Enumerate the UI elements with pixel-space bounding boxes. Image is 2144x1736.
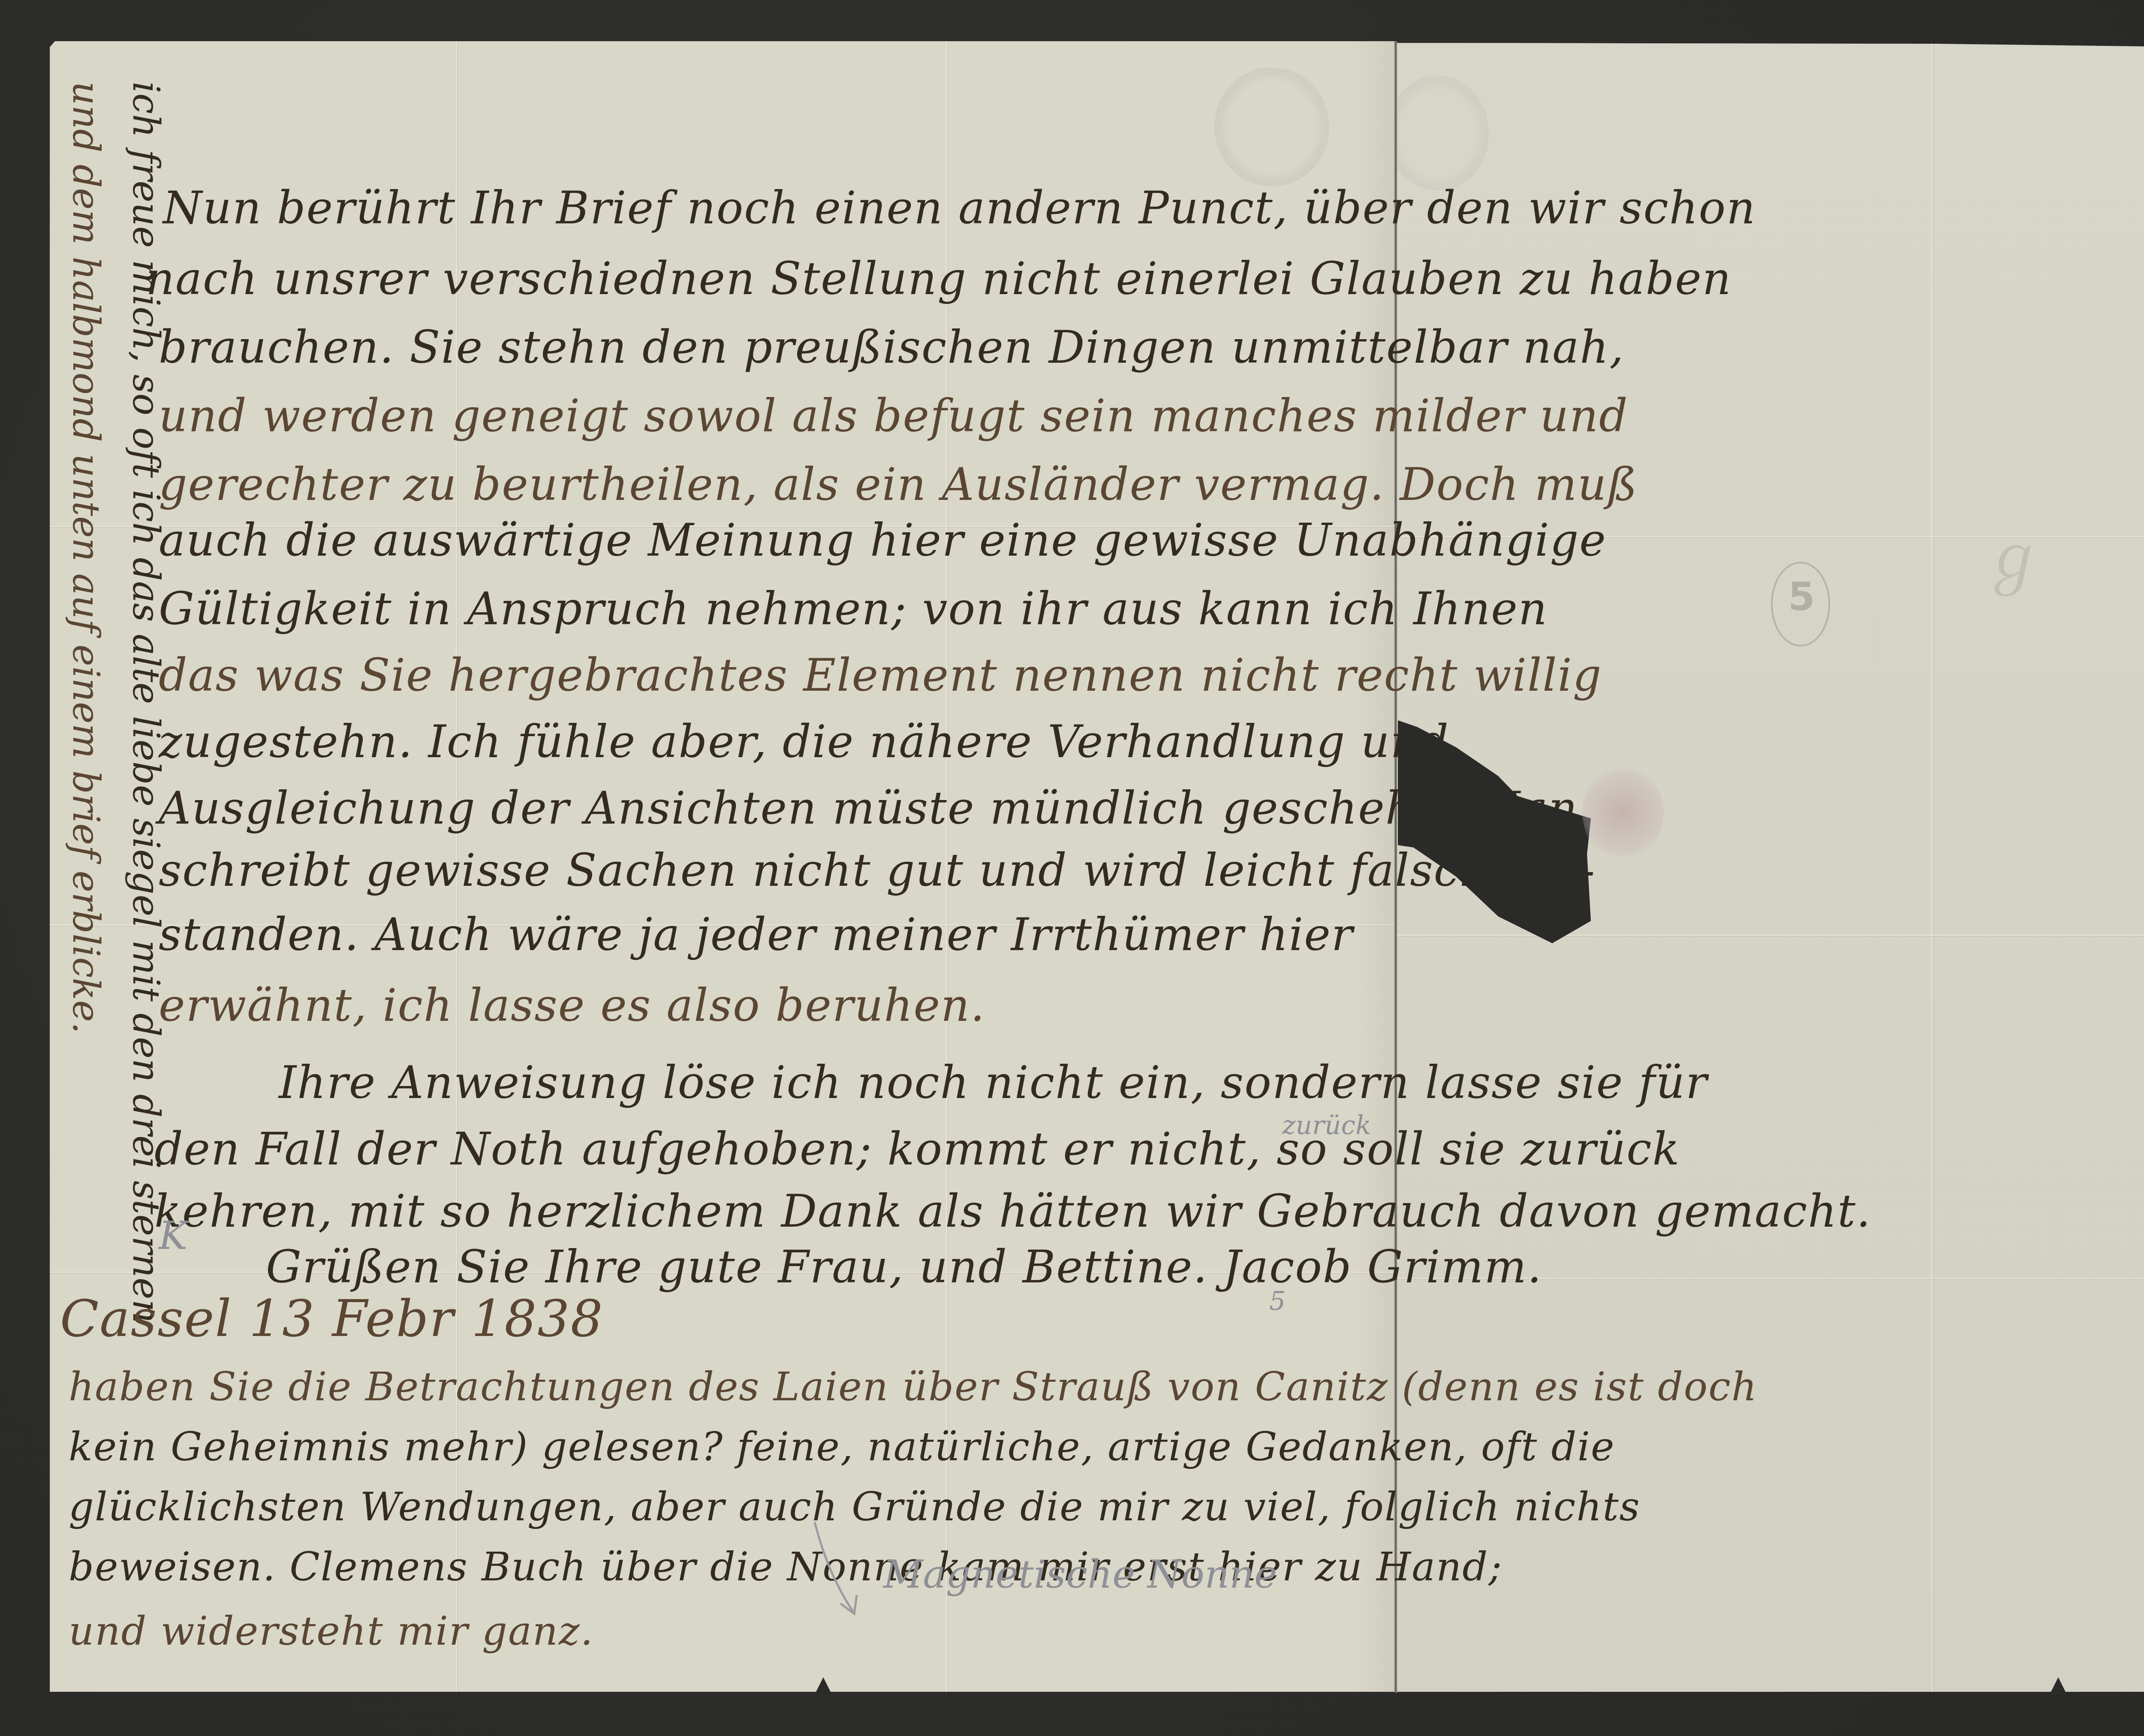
letter-line: das was Sie hergebrachtes Element nennen… [159, 647, 1602, 703]
pencil-arrow-icon [806, 1518, 909, 1629]
letter-line: Gültigkeit in Anspruch nehmen; von ihr a… [159, 581, 1548, 637]
postscript-line: kein Geheimnis mehr) gelesen? feine, nat… [69, 1419, 1615, 1475]
letter-line: gerechter zu beurtheilen, als ein Auslän… [159, 457, 1638, 512]
fold-line-vertical [1931, 43, 1933, 1692]
letter-line: den Fall der Noth aufgehoben; kommt er n… [154, 1121, 1680, 1177]
letter-line: kehren, mit so herzlichem Dank als hätte… [154, 1183, 1871, 1239]
letter-line: nach unsrer verschiednen Stellung nicht … [146, 251, 1732, 307]
pencil-annotation-small-mark: 5 [1269, 1286, 1286, 1316]
letter-line: standen. Auch wäre ja jeder meiner Irrth… [159, 907, 1354, 963]
letter-line: auch die auswärtige Meinung hier eine ge… [159, 512, 1607, 568]
postscript-line: und widersteht mir ganz. [69, 1604, 594, 1659]
letter-closing: Grüßen Sie Ihre gute Frau, und Bettine. … [266, 1239, 1542, 1295]
letter-line: erwähnt, ich lasse es also beruhen. [159, 978, 985, 1033]
letter-line: Ihre Anweisung löse ich noch nicht ein, … [279, 1055, 1708, 1110]
letter-line: schreibt gewisse Sachen nicht gut und wi… [159, 842, 1596, 898]
postscript-line: haben Sie die Betrachtungen des Laien üb… [69, 1359, 1758, 1415]
blind-embossed-seal [1216, 69, 1328, 185]
margin-note-line: und dem halbmond unten auf einem brief e… [56, 81, 116, 1323]
letter-line: Nun berührt Ihr Brief noch einen andern … [163, 180, 1756, 236]
letter-line: brauchen. Sie stehn den preußischen Ding… [159, 319, 1624, 375]
letter-line: und werden geneigt sowol als befugt sein… [159, 388, 1629, 444]
ghost-handwriting: ℊ [1981, 506, 2045, 599]
letter-line: zugestehn. Ich fühle aber, die nähere Ve… [159, 714, 1449, 770]
pencil-annotation-k: K [159, 1213, 187, 1258]
pencil-annotation-zurueck: zurück [1282, 1110, 1371, 1140]
fold-line-horizontal [1397, 935, 2144, 936]
letter-line: Ausgleichung der Ansichten müste mündlic… [159, 780, 1578, 836]
postmark-number: 5 [1788, 575, 1815, 620]
red-seal-remnant [1582, 763, 1664, 862]
blind-embossed-seal-mirror [1388, 77, 1487, 189]
pencil-annotation-nonne: Magnetische Nonne [883, 1552, 1277, 1597]
place-date: Cassel 13 Febr 1838 [60, 1291, 604, 1346]
postscript-line: beweisen. Clemens Buch über die Nonne ka… [69, 1539, 1503, 1595]
